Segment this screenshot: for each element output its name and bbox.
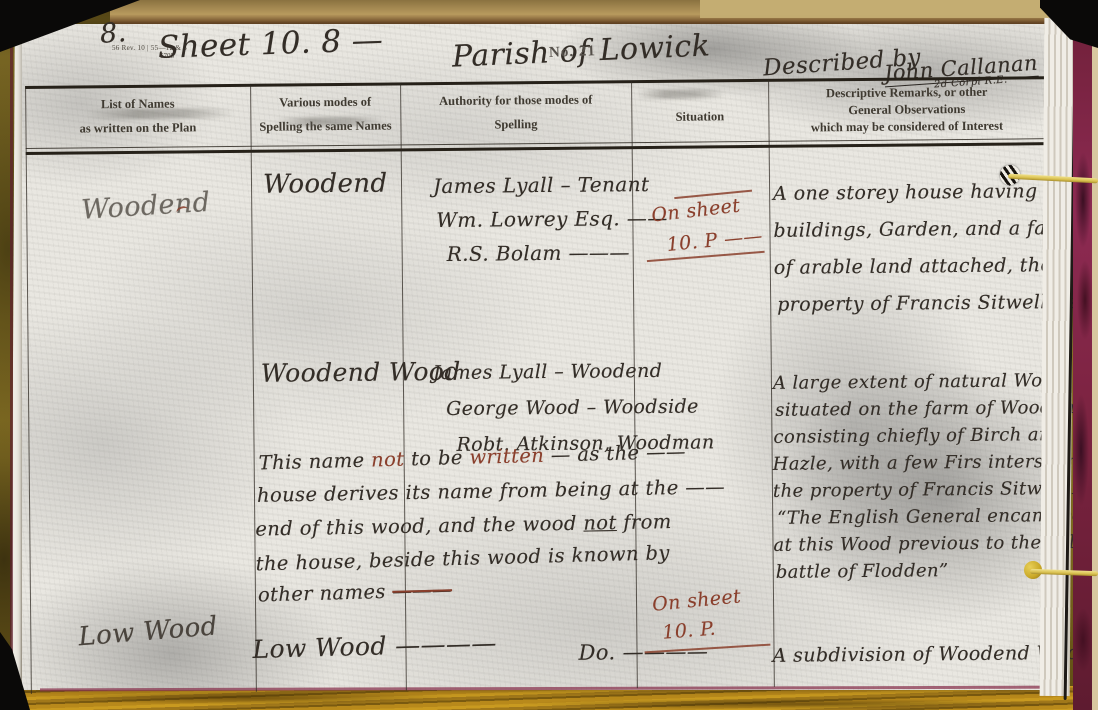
plan-name-low-wood: Low Wood — [77, 611, 219, 652]
remarks-line: buildings, Garden, and a farm — [773, 217, 1074, 242]
authority-ditto: Do. ———— — [578, 639, 708, 664]
book-cover-top-edge-light — [700, 0, 1050, 18]
note-text: other names — [258, 580, 393, 607]
authority-entry: James Lyall – Woodend — [433, 360, 663, 384]
spelling-woodend-wood: Woodend Wood — [261, 357, 461, 388]
surveyor-note-line: This name not to be written — as the —— — [258, 440, 686, 475]
remarks-line: “The English General encamped — [777, 505, 1084, 529]
note-text: end of this wood, and the wood — [255, 512, 583, 541]
situation-sheet-number: 10. P. — [662, 618, 717, 644]
note-text: from — [616, 510, 671, 534]
header-line: Situation — [631, 109, 768, 125]
book-board-edge — [1092, 0, 1098, 710]
header-line: Authority for those modes of — [400, 92, 631, 109]
note-text: This name — [258, 448, 371, 474]
remarks-line: of arable land attached, the — [774, 254, 1052, 279]
surveyor-note-line: other names ——— — [258, 578, 453, 606]
spelling-woodend: Woodend — [263, 169, 388, 200]
name-book-table: List of Names as written on the Plan Var… — [25, 70, 1053, 698]
column-divider-1 — [250, 85, 257, 692]
ink-bleed-smudge — [275, 117, 385, 127]
plan-name-woodend: Woodend — [80, 187, 211, 226]
surveyor-note-line: end of this wood, and the wood not from — [255, 510, 672, 541]
remarks-line: consisting chiefly of Birch and — [773, 424, 1063, 448]
ink-bleed-smudge — [635, 89, 725, 99]
spelling-low-wood: Low Wood ———— — [252, 628, 497, 664]
situation-underline — [647, 251, 765, 262]
header-line: Spelling — [400, 116, 631, 133]
surveyor-note-line: the house, beside this wood is known by — [255, 541, 670, 575]
note-text: to be — [404, 446, 470, 471]
column-header-spelling-modes: Various modes of Spelling the same Names — [250, 88, 400, 134]
header-line: as written on the Plan — [25, 120, 250, 137]
authority-entry: James Lyall – Tenant — [433, 172, 650, 198]
authority-entry: Wm. Lowrey Esq. —— — [436, 206, 668, 232]
note-correction-written: written — [469, 444, 544, 469]
cover-edge-line-left — [10, 40, 13, 680]
column-header-descriptive-remarks: Descriptive Remarks, or other General Ob… — [768, 82, 1045, 137]
surveyor-note-line: house derives its name from being at the… — [257, 475, 725, 507]
note-correction-not: not — [371, 448, 405, 472]
scanned-book-photo: 8. 56 Rev. 10 | 55—12 & 5 6705 Sheet 10.… — [0, 0, 1098, 710]
situation-sheet-ref: On sheet — [650, 195, 741, 227]
note-struck-dash: ——— — [392, 578, 452, 603]
column-header-authority: Authority for those modes of Spelling — [400, 86, 631, 133]
authority-entry: R.S. Bolam ——— — [447, 240, 630, 266]
remarks-line: A large extent of natural Wood — [773, 370, 1066, 394]
situation-sheet-ref: On sheet — [651, 585, 742, 616]
ink-bleed-smudge — [85, 108, 235, 119]
note-underlined-not: not — [583, 511, 617, 535]
binding-leather-strip — [1073, 0, 1094, 710]
header-line: Various modes of — [250, 94, 400, 110]
authority-entry: George Wood – Woodside — [446, 396, 699, 420]
document-number-stamp: No. 21 — [549, 43, 596, 62]
note-text: — as the —— — [544, 440, 686, 467]
header-line: which may be considered of Interest — [768, 117, 1045, 137]
remarks-line: battle of Flodden” — [776, 560, 949, 583]
